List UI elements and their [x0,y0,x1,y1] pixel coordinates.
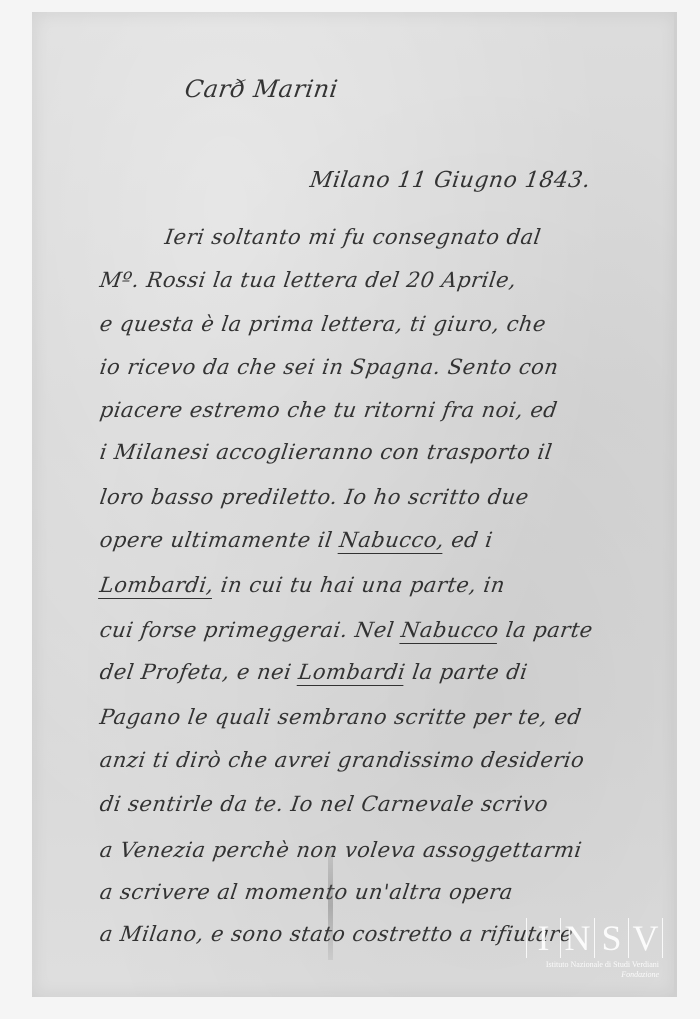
letter-line: del Profeta, e nei Lombardi la parte di [98,660,529,684]
logo-letter: N [560,918,594,958]
letter-salutation: Carð Marini [183,75,340,103]
letter-line: di sentirle da te. Io nel Carnevale scri… [98,792,549,816]
underlined-title: Lombardi [297,660,407,684]
letter-line: Mº. Rossi la tua lettera del 20 Aprile, [98,268,518,292]
letter-line: Lombardi, in cui tu hai una parte, in [98,573,506,597]
insv-watermark: I N S V Istituto Nazionale di Studi Verd… [513,918,663,980]
letter-dateline: Milano 11 Giugno 1843. [308,168,592,193]
insv-logo: I N S V [513,918,663,958]
paper-stain [328,850,333,960]
letter-line: e questa è la prima lettera, ti giuro, c… [98,312,547,336]
logo-letter: V [628,918,662,958]
letter-line: piacere estremo che tu ritorni fra noi, … [98,398,559,422]
letter-line: anzi ti dirò che avrei grandissimo desid… [98,748,586,772]
letter-line: a scrivere al momento un'altra opera [98,880,514,904]
logo-letter: S [594,918,628,958]
logo-letter: I [526,918,560,958]
letter-line: cui forse primeggerai. Nel Nabucco la pa… [98,618,594,642]
letter-line: loro basso prediletto. Io ho scritto due [98,485,530,509]
letter-line: a Milano, e sono stato costretto a rifiu… [98,922,574,946]
underlined-title: Nabucco [400,618,501,642]
letter-line: io ricevo da che sei in Spagna. Sento co… [98,355,560,379]
underlined-title: Nabucco, [338,528,446,552]
letter-line: i Milanesi accoglieranno con trasporto i… [98,440,554,464]
institute-name: Istituto Nazionale di Studi Verdiani [513,960,663,970]
underlined-title: Lombardi, [98,573,215,597]
letter-line: Pagano le quali sembrano scritte per te,… [98,705,583,729]
letter-photograph: Carð Marini Milano 11 Giugno 1843. Ieri … [0,0,700,1019]
letter-line: opere ultimamente il Nabucco, ed i [98,528,494,552]
letter-line: a Venezia perchè non voleva assoggettarm… [98,838,583,862]
letter-line: Ieri soltanto mi fu consegnato dal [163,225,542,249]
institute-subtitle: Fondazione [513,970,663,980]
